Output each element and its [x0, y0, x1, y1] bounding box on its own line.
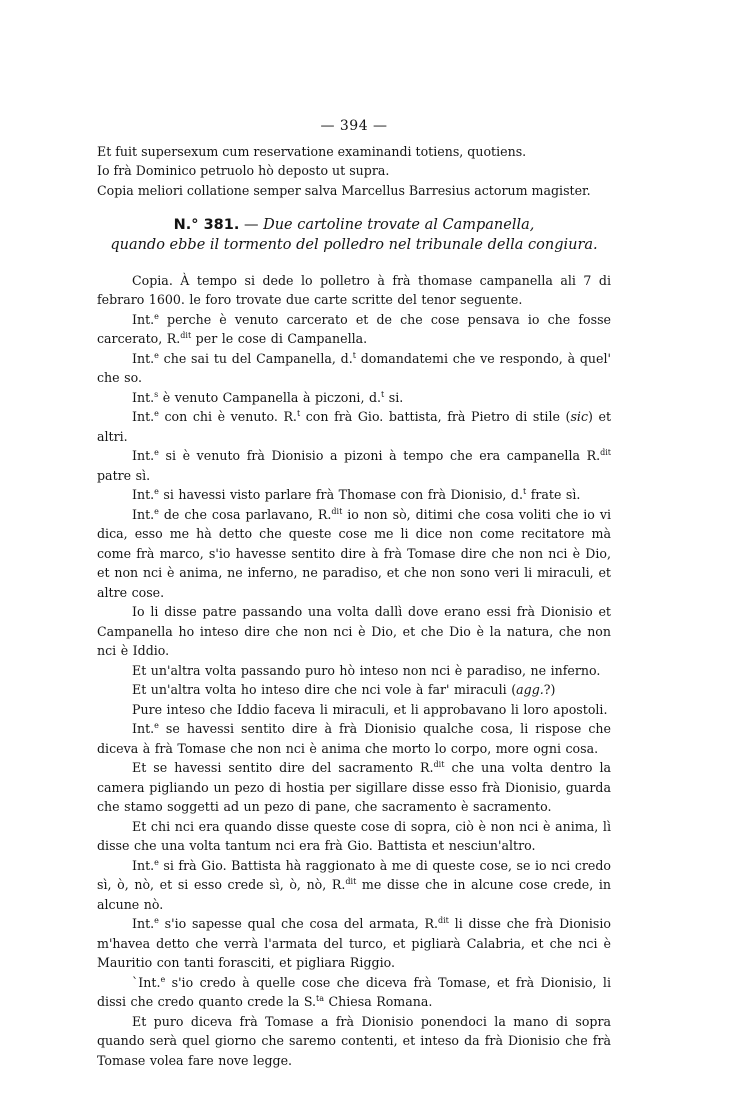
paragraph: Pure inteso che Iddio faceva li miraculi… — [97, 700, 611, 720]
superscript-abbrev: e — [154, 916, 159, 925]
superscript-abbrev: e — [154, 721, 159, 730]
superscript-abbrev: e — [154, 507, 159, 516]
superscript-abbrev: e — [154, 858, 159, 867]
superscript-abbrev: dit — [331, 507, 342, 516]
paragraph: Int.e con chi è venuto. R.t con frà Gio.… — [97, 407, 611, 446]
superscript-abbrev: dit — [434, 760, 445, 769]
superscript-abbrev: t — [297, 409, 300, 418]
paragraph: Et se havessi sentito dire del sacrament… — [97, 758, 611, 817]
intro-line: Io frà Dominico petruolo hò deposto ut s… — [97, 161, 611, 180]
paragraph: Int.e de che cosa parlavano, R.dit io no… — [97, 505, 611, 603]
superscript-abbrev: s — [154, 390, 158, 399]
paragraph: Copia. À tempo si dede lo polletro à frà… — [97, 271, 611, 310]
paragraph: Int.e si frà Gio. Battista hà raggionato… — [97, 856, 611, 915]
document-title-line2: quando ebbe il tormento del polledro nel… — [110, 237, 597, 253]
paragraph: Int.e si è venuto frà Dionisio a pizoni … — [97, 446, 611, 485]
paragraph: `Int.e s'io credo à quelle cose che dice… — [97, 973, 611, 1012]
paragraph: Et puro diceva frà Tomase a frà Dionisio… — [97, 1012, 611, 1071]
intro-line: Copia meliori collatione semper salva Ma… — [97, 181, 611, 200]
document-number: N.° 381. — [174, 217, 240, 233]
superscript-abbrev: t — [523, 487, 526, 496]
superscript-abbrev: e — [154, 448, 159, 457]
page-number: — 394 — — [97, 118, 611, 134]
superscript-abbrev: e — [154, 312, 159, 321]
italic-note: sic — [570, 409, 588, 424]
paragraph: Et un'altra volta ho inteso dire che nci… — [97, 680, 611, 700]
paragraph: Int.e perche è venuto carcerato et de ch… — [97, 310, 611, 349]
superscript-abbrev: dit — [345, 877, 356, 886]
superscript-abbrev: e — [154, 487, 159, 496]
document-title-line1: Due cartoline trovate al Campanella, — [263, 217, 534, 233]
paragraph: Int.s è venuto Campanella à piczoni, d.t… — [97, 388, 611, 408]
paragraph: Io li disse patre passando una volta dal… — [97, 602, 611, 661]
italic-note: agg. — [516, 682, 544, 697]
document-body: Copia. À tempo si dede lo polletro à frà… — [97, 271, 611, 1071]
superscript-abbrev: dit — [600, 448, 611, 457]
document-page: — 394 — Et fuit supersexum cum reservati… — [97, 118, 611, 1070]
superscript-abbrev: dit — [438, 916, 449, 925]
superscript-abbrev: t — [381, 390, 384, 399]
superscript-abbrev: dit — [180, 331, 191, 340]
superscript-abbrev: t — [353, 351, 356, 360]
superscript-abbrev: e — [160, 975, 165, 984]
paragraph: Et chi nci era quando disse queste cose … — [97, 817, 611, 856]
heading-dash: — — [239, 217, 263, 233]
paragraph: Int.e che sai tu del Campanella, d.t dom… — [97, 349, 611, 388]
superscript-abbrev: e — [154, 351, 159, 360]
superscript-abbrev: e — [154, 409, 159, 418]
paragraph: Int.e se havessi sentito dire à frà Dion… — [97, 719, 611, 758]
intro-block: Et fuit supersexum cum reservatione exam… — [97, 142, 611, 200]
paragraph: Int.e s'io sapesse qual che cosa del arm… — [97, 914, 611, 973]
superscript-abbrev: ta — [316, 994, 324, 1003]
intro-line: Et fuit supersexum cum reservatione exam… — [97, 142, 611, 161]
paragraph: Int.e si havessi visto parlare frà Thoma… — [97, 485, 611, 505]
paragraph: Et un'altra volta passando puro hò intes… — [97, 661, 611, 681]
document-heading: N.° 381. — Due cartoline trovate al Camp… — [97, 215, 611, 255]
